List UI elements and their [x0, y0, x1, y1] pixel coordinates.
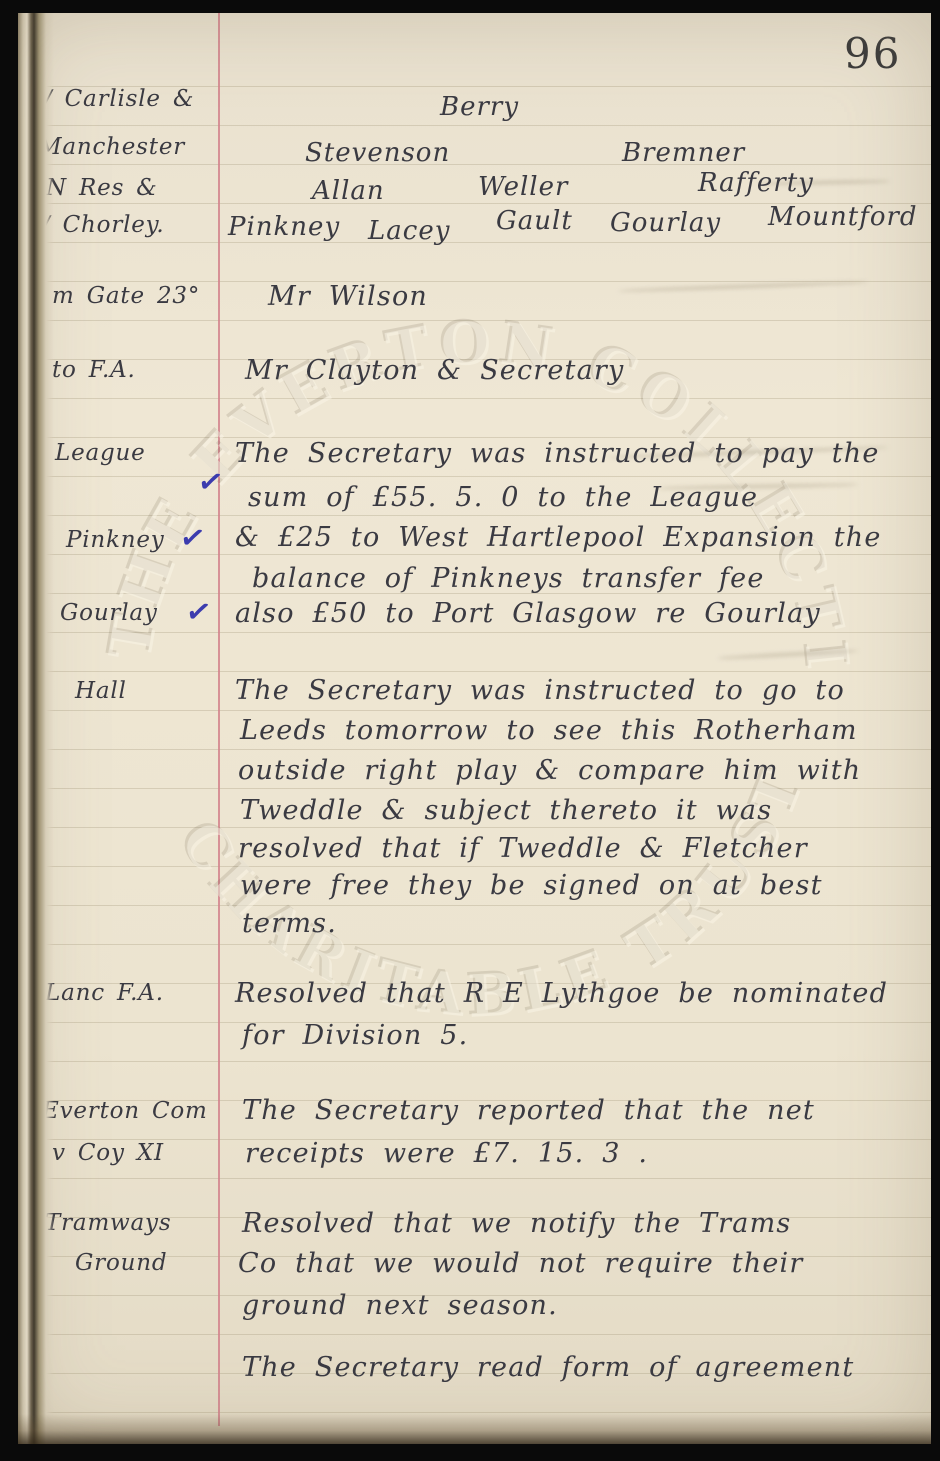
minute-line: were free they be signed on at best [240, 870, 823, 901]
minute-line: Leeds tomorrow to see this Rotherham [240, 715, 858, 746]
player-name: Allan [312, 176, 385, 206]
minute-line: The Secretary reported that the net [242, 1095, 815, 1126]
minute-line: The Secretary was instructed to pay the [235, 438, 880, 469]
minute-line: Resolved that we notify the Trams [242, 1208, 791, 1239]
player-name: Stevenson [305, 138, 450, 168]
minute-margin-gate: m Gate 23° [52, 283, 200, 309]
player-name: Pinkney [228, 212, 340, 242]
page-bottom-shadow [18, 1414, 931, 1444]
player-name: Lacey [368, 216, 450, 246]
minute-line: outside right play & compare him with [238, 755, 861, 786]
player-name: Gault [496, 206, 573, 236]
minute-line: resolved that if Tweddle & Fletcher [238, 833, 808, 864]
minute-line: balance of Pinkneys transfer fee [252, 563, 765, 594]
attendance-margin-line: ∕ Chorley. [42, 212, 165, 238]
minute-margin-ground: Ground [75, 1250, 167, 1276]
minute-margin-coy-xi: v Coy XI [52, 1140, 164, 1166]
attendance-margin-line: N Res & [46, 175, 158, 201]
minute-margin-gourlay: Gourlay [60, 600, 158, 626]
minute-line: ground next season. [242, 1290, 558, 1321]
minute-line: Tweddle & subject thereto it was [240, 795, 772, 826]
minute-margin-hall: Hall [75, 678, 127, 704]
minute-margin-fa: to F.A. [52, 357, 136, 383]
player-name: Weller [478, 172, 568, 202]
minute-line: also £50 to Port Glasgow re Gourlay [235, 598, 821, 629]
minute-book-page: THE EVERTON COLLECTION CHARITABLE TRUST … [18, 13, 931, 1444]
player-name: Mountford [768, 202, 918, 232]
minute-line: Mr Wilson [268, 281, 428, 312]
minute-line: The Secretary was instructed to go to [235, 675, 845, 706]
scanned-minute-book-photo: { "page_number": "96", "ink": { "blue_ti… [0, 0, 940, 1461]
minute-margin-everton-com: Everton Com [42, 1098, 208, 1124]
player-name: Berry [440, 92, 519, 122]
minute-line: receipts were £7. 15. 3 . [245, 1138, 648, 1169]
minute-line: Co that we would not require their [238, 1248, 804, 1279]
player-name: Bremner [622, 138, 745, 168]
minute-margin-pinkney: Pinkney [66, 527, 165, 553]
attendance-margin-line: ∕ Carlisle & [44, 86, 194, 112]
book-spine-edge [18, 13, 54, 1444]
minute-margin-tramways: Tramways [45, 1210, 171, 1236]
minute-line: sum of £55. 5. 0 to the League [248, 482, 758, 513]
minute-margin-lanc-fa: Lanc F.A. [45, 980, 164, 1006]
page-number: 96 [844, 29, 901, 78]
minute-line: terms. [242, 908, 337, 939]
minute-margin-league: League [55, 440, 146, 466]
minute-line: The Secretary read form of agreement [242, 1352, 854, 1383]
minute-line: Mr Clayton & Secretary [245, 355, 624, 386]
minute-line: for Division 5. [242, 1020, 468, 1051]
attendance-margin-line: Manchester [38, 134, 185, 160]
player-name: Gourlay [610, 208, 721, 238]
minute-line: & £25 to West Hartlepool Expansion the [235, 522, 882, 553]
player-name: Rafferty [698, 168, 814, 198]
minute-line: Resolved that R E Lythgoe be nominated [235, 978, 888, 1009]
